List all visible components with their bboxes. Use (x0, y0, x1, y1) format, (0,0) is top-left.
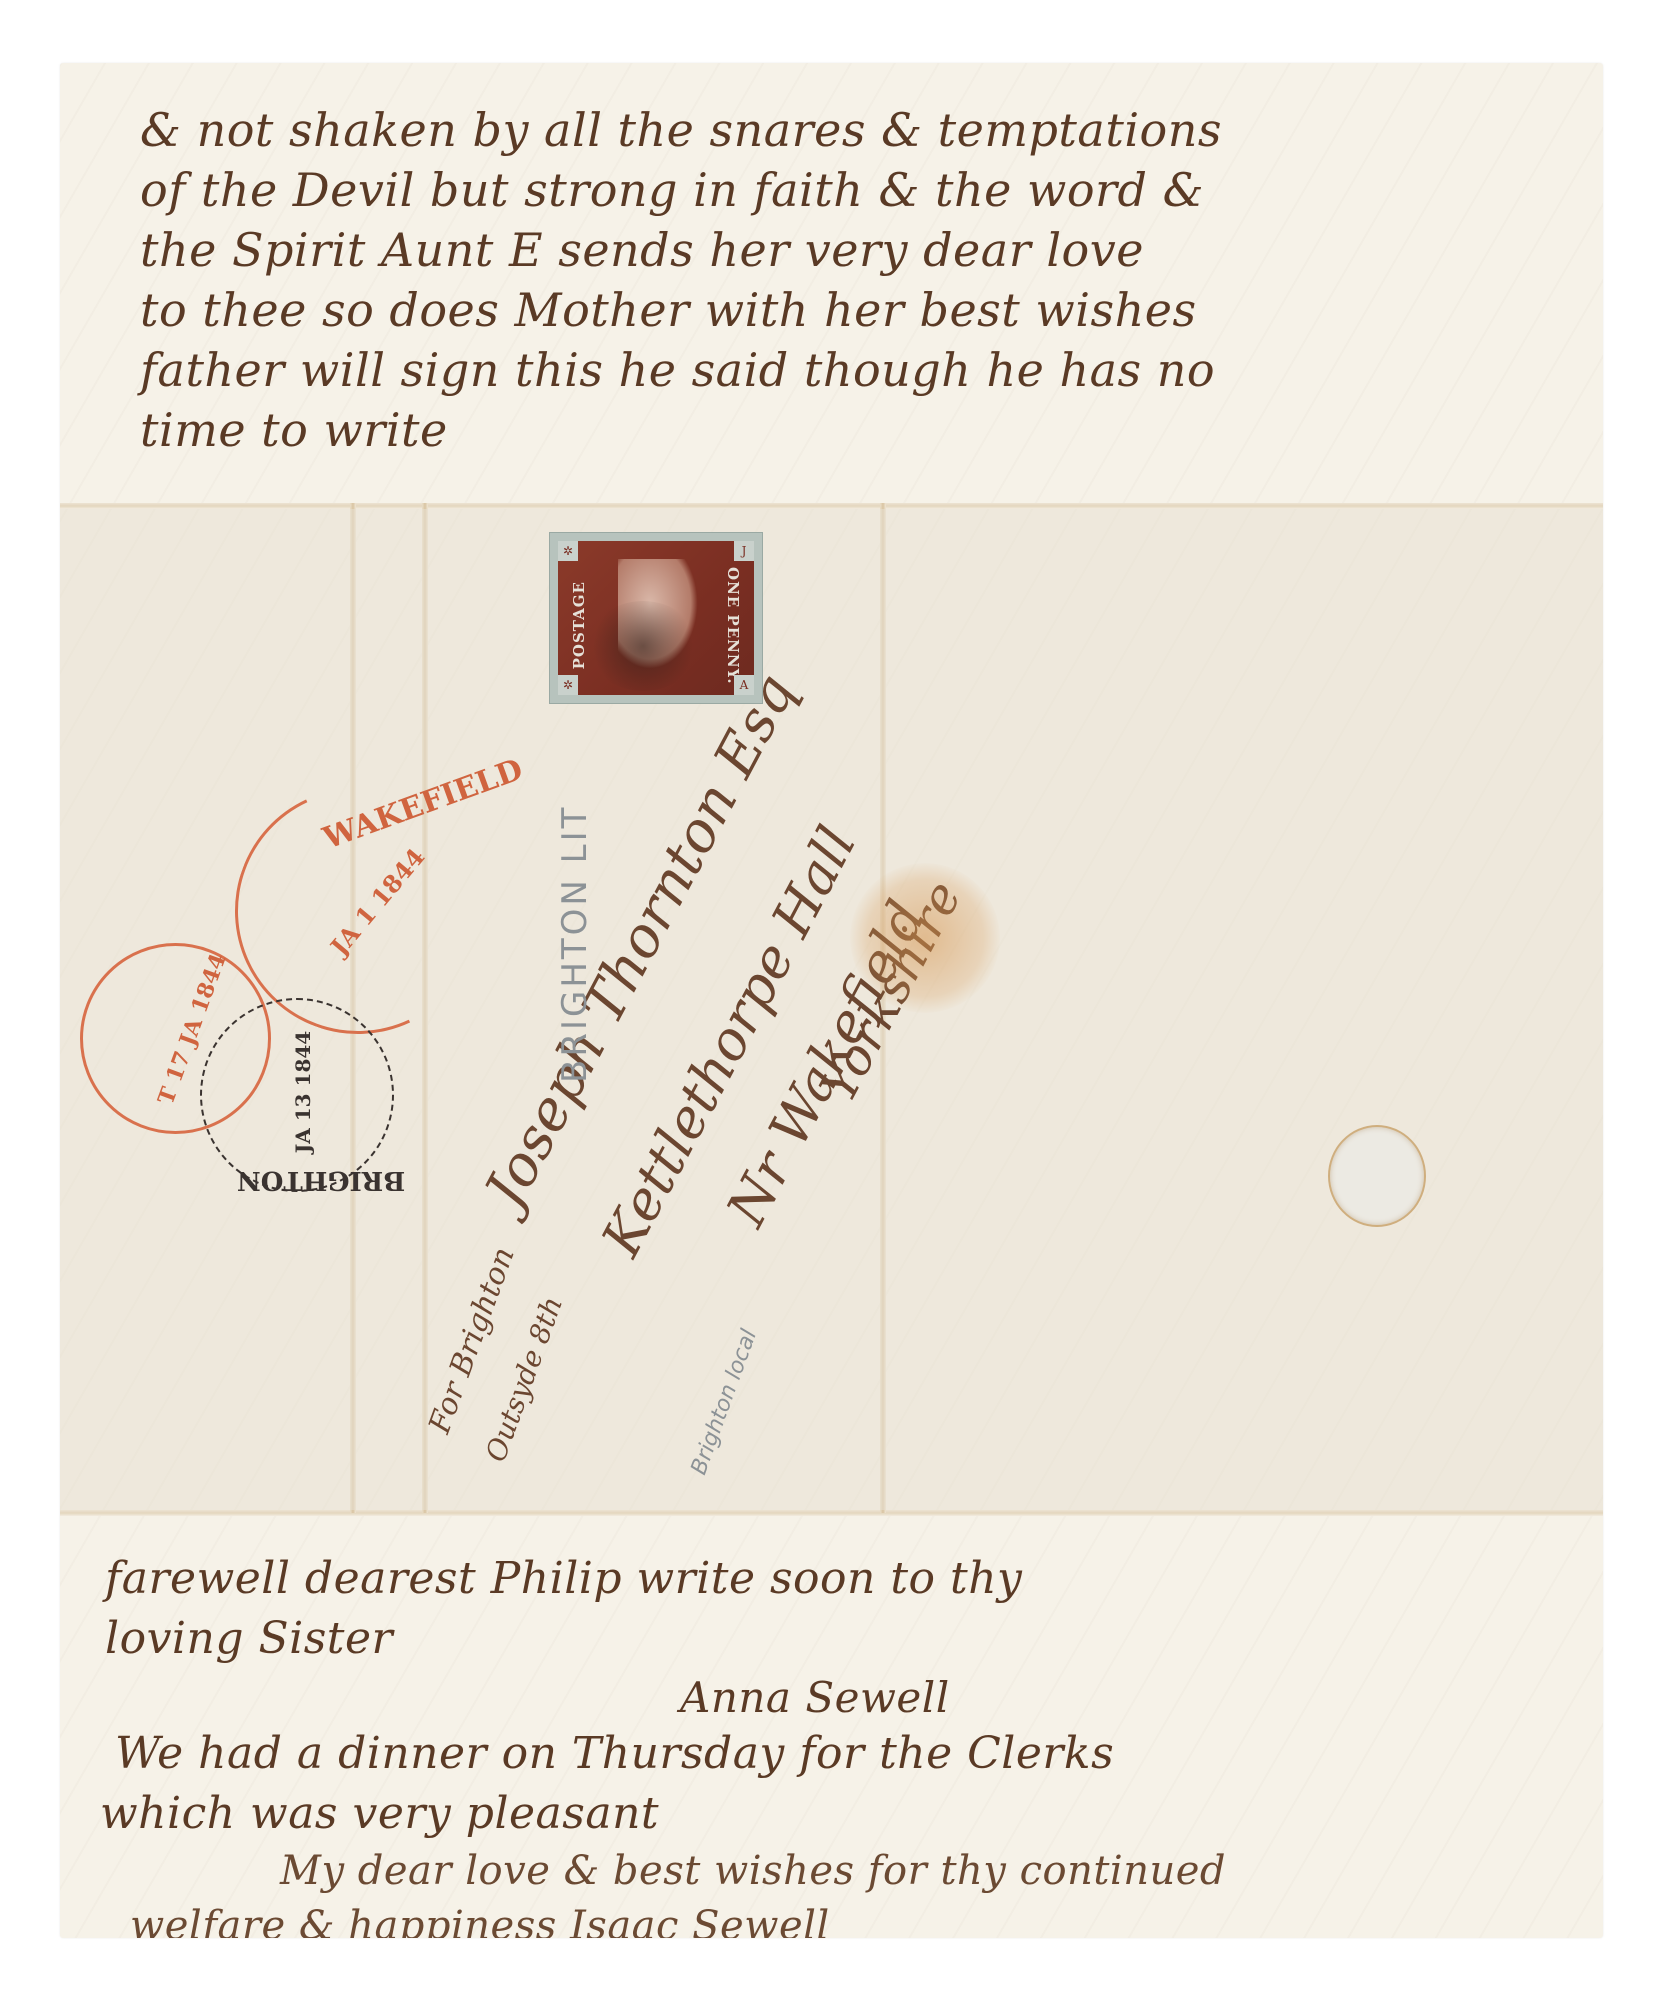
penny-red-stamp: POSTAGE ONE PENNY. ✲ ✲ J A (549, 532, 763, 704)
letter-line: of the Devil but strong in faith & the w… (140, 163, 1204, 217)
letter-line: My dear love & best wishes for thy conti… (280, 1848, 1226, 1894)
letter-line: father will sign this he said though he … (140, 343, 1215, 397)
letter-line: farewell dearest Philip write soon to th… (105, 1553, 1022, 1604)
stamp-postage-text: POSTAGE (570, 581, 588, 669)
letter-sheet: & not shaken by all the snares & temptat… (60, 63, 1603, 1938)
stamp-field: POSTAGE ONE PENNY. ✲ ✲ J A (558, 541, 754, 695)
postmark-date: JA 1 1844 (325, 842, 431, 960)
letter-line: to thee so does Mother with her best wis… (140, 283, 1197, 337)
stamp-value-text: ONE PENNY. (724, 567, 742, 685)
pencil-stamp: BRIGHTON LIT (555, 805, 595, 1083)
star-corner-icon: ✲ (558, 541, 578, 561)
letter-line: & not shaken by all the snares & temptat… (140, 103, 1222, 157)
signature-anna-sewell: Anna Sewell (680, 1673, 950, 1722)
letter-line: welfare & happiness Isaac Sewell (130, 1903, 830, 1938)
letter-line: which was very pleasant (100, 1788, 659, 1839)
fold-line-bottom (60, 1510, 1603, 1516)
letter-line: the Spirit Aunt E sends her very dear lo… (140, 223, 1144, 277)
wax-seal-mark (1328, 1125, 1426, 1227)
postmark-brighton: BRIGHTON JA 13 1844 (200, 998, 394, 1192)
postmark-label: BRIGHTON (237, 1165, 405, 1195)
postmark-date: JA 13 1844 (291, 1031, 315, 1153)
letter-line: We had a dinner on Thursday for the Cler… (115, 1728, 1114, 1779)
star-corner-icon: ✲ (558, 675, 578, 695)
corner-letter: J (734, 541, 754, 561)
letter-line: loving Sister (105, 1613, 393, 1664)
foxing-stain (850, 863, 1000, 1013)
corner-letter: A (734, 675, 754, 695)
letter-line: time to write (140, 403, 448, 457)
cancellation-mark (588, 601, 698, 691)
